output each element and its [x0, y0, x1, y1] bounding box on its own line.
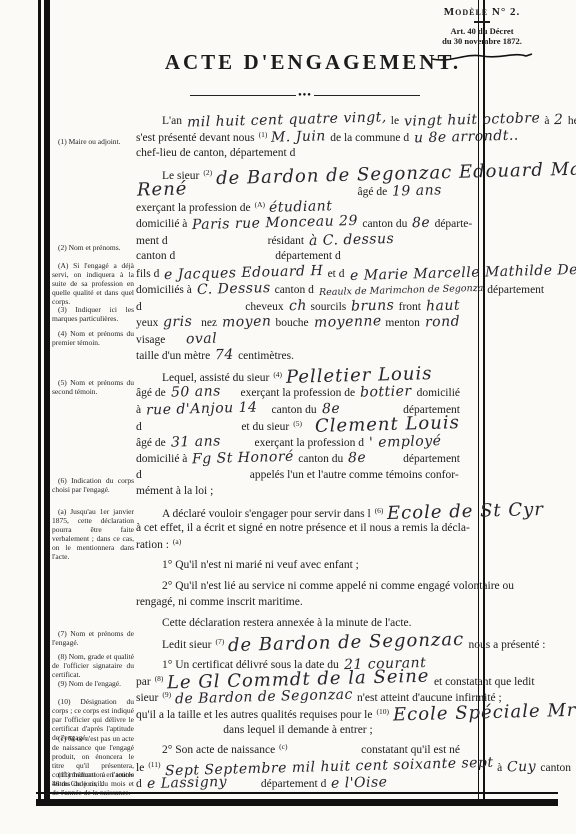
printed-text: appelés l'un et l'autre comme témoins co…: [250, 467, 459, 484]
printed-text: d: [136, 419, 142, 436]
printed-text: et constatant que ledit: [434, 674, 535, 691]
printed-text: canton du: [362, 216, 407, 233]
printed-text: fils d: [136, 266, 159, 283]
printed-text: exerçant la profession de: [136, 200, 251, 217]
form-line: canton ddépartement d: [136, 248, 464, 265]
margin-note: (11) Indication en toutes lettres du jou…: [52, 770, 134, 797]
printed-text: canton: [540, 760, 571, 777]
printed-text: âgé de: [136, 435, 166, 452]
handwritten-text: C. Dessus: [197, 280, 271, 298]
form-line: ment drésidantà C. dessus: [136, 232, 464, 249]
printed-text: Cette déclaration restera annexée à la m…: [162, 615, 412, 632]
printed-text: domicilié à: [136, 451, 187, 468]
printed-text: s'est présenté devant nous: [136, 130, 255, 147]
footnote-ref: (10): [376, 704, 389, 721]
handwritten-text: ch: [288, 297, 306, 314]
form-line: Cette déclaration restera annexée à la m…: [136, 615, 464, 632]
form-line: fils de Jacques Edouard Het de Marie Mar…: [136, 265, 464, 282]
handwritten-text: moyenne: [313, 313, 381, 331]
form-line: det du sieur(5)Clement Louis: [136, 417, 464, 434]
form-line: domiciliés àC. Dessuscanton dReaulx de M…: [136, 281, 464, 298]
form-line: par(8)Le Gl Commdt de la Seineet constat…: [136, 672, 464, 689]
form-line: dcheveuxchsourcilsbrunsfronthaut: [136, 298, 464, 315]
form-line: le(11)Sept Septembre mil huit cent soixa…: [136, 759, 464, 776]
printed-text: canton d: [136, 248, 175, 265]
printed-text: rengagé, ni comme inscrit maritime.: [136, 594, 303, 611]
handwritten-text: 19 ans: [392, 182, 442, 200]
form-line: de Lassignydépartement de l'Oise: [136, 775, 464, 792]
footnote-ref: (6): [375, 503, 384, 520]
margin-note: (3) Indiquer ici les marques particulièr…: [52, 305, 134, 323]
handwritten-text: Fg St Honoré: [192, 449, 294, 468]
printed-text: d: [136, 299, 142, 316]
printed-text: 1° Qu'il n'est ni marié ni veuf avec enf…: [162, 557, 359, 574]
handwritten-text: bruns: [351, 297, 395, 315]
handwritten-text: 2: [554, 112, 564, 129]
margin-note: (2) Nom et prénoms.: [52, 243, 134, 252]
form-line: L'anmil huit cent quatre vingt,levingt h…: [136, 112, 464, 129]
form-line: yeuxgrisnezmoyenbouchemoyennementonrond: [136, 314, 464, 331]
printed-text: canton d: [275, 282, 314, 299]
margin-note: (8) Nom, grade et qualité de l'officier …: [52, 652, 134, 679]
handwritten-text: 8e: [412, 215, 431, 232]
printed-text: menton: [385, 315, 420, 332]
form-line: taille d'un mètre74centimètres.: [136, 347, 464, 364]
printed-text: heures,: [568, 113, 576, 130]
handwritten-text: 50 ans: [170, 383, 220, 401]
printed-text: dans lequel il demande à entrer ;: [223, 722, 372, 739]
printed-text: domicilié: [417, 385, 460, 402]
footnote-ref: (5): [293, 416, 302, 433]
form-line: ration :(a): [136, 537, 464, 554]
printed-text: sieur: [136, 690, 158, 707]
printed-text: d: [136, 776, 142, 793]
form-line: dappelés l'un et l'autre comme témoins c…: [136, 467, 464, 484]
printed-text: le: [136, 760, 144, 777]
footnote-ref: (8): [155, 671, 164, 688]
margin-note: (a) Jusqu'au 1er janvier 1875, cette déc…: [52, 507, 134, 561]
printed-text: par: [136, 674, 151, 691]
printed-text: domicilié à: [136, 216, 187, 233]
footnote-ref: (c): [279, 739, 287, 756]
handwritten-text: de Bardon de Segonzac: [228, 632, 465, 655]
form-line: domicilié àFg St Honorécanton du8edépart…: [136, 450, 464, 467]
handwritten-text: moyen: [222, 313, 272, 331]
divider-rule-left: [190, 95, 296, 96]
footnote-ref: (9): [162, 687, 171, 704]
margin-note: (6) Indication du corps choisi par l'eng…: [52, 476, 134, 494]
form-line: domicilié àParis rue Monceau 29canton du…: [136, 215, 464, 232]
decree-line2: du 30 novembre 1872.: [422, 36, 542, 46]
printed-text: et du sieur: [241, 419, 289, 436]
printed-text: taille d'un mètre: [136, 348, 210, 365]
printed-text: domiciliés à: [136, 282, 192, 299]
page-title: ACTE D'ENGAGEMENT.: [120, 50, 506, 75]
printed-text: visage: [136, 332, 165, 349]
handwritten-text: e Lassigny: [147, 774, 228, 793]
form-line: 1° Qu'il n'est ni marié ni veuf avec enf…: [136, 557, 464, 574]
printed-text: nous a présenté :: [469, 637, 546, 654]
form-line: mément à la loi ;: [136, 483, 464, 500]
handwritten-text: à C. dessus: [309, 230, 395, 249]
handwritten-text: u 8e arrondt..: [414, 127, 519, 146]
printed-text: département: [487, 282, 544, 299]
printed-text: ration :: [136, 537, 169, 554]
handwritten-text: René: [137, 181, 188, 199]
form-line: sieur(9)de Bardon de Segonzacn'est attei…: [136, 689, 464, 706]
form-line: A déclaré vouloir s'engager pour servir …: [136, 504, 464, 521]
printed-text: à: [544, 113, 549, 130]
printed-text: 2° Son acte de naissance: [162, 742, 275, 759]
printed-text: âgé de: [357, 184, 387, 201]
handwritten-text: M. Juin: [271, 128, 326, 146]
margin-note: (1) Maire ou adjoint.: [52, 137, 134, 146]
printed-text: mément à la loi ;: [136, 483, 213, 500]
form-line: visageoval: [136, 331, 464, 348]
handwritten-text: 31 ans: [170, 433, 220, 451]
footnote-ref: (A): [255, 197, 265, 214]
bottom-border-outer: [36, 799, 558, 806]
form-line: 2° Qu'il n'est lié au service ni comme a…: [136, 578, 464, 595]
handwritten-text: gris: [163, 314, 193, 331]
margin-note: (5) Nom et prénoms du second témoin.: [52, 378, 134, 396]
handwritten-text: e l'Oise: [331, 774, 388, 792]
printed-text: canton du: [298, 451, 343, 468]
printed-text: à: [497, 760, 502, 777]
printed-text: à: [136, 402, 141, 419]
document-page: Modèle N° 2. Art. 40 du Décret du 30 nov…: [0, 0, 576, 834]
model-rule: [474, 21, 490, 23]
form-line: Lequel, assisté du sieur(4)Pelletier Lou…: [136, 368, 464, 385]
handwritten-text: rue d'Anjou 14: [146, 399, 258, 418]
margin-note: (A) Si l'engagé a déjà servi, on indique…: [52, 261, 134, 306]
printed-text: 2° Qu'il n'est lié au service ni comme a…: [162, 578, 514, 595]
printed-text: et d: [328, 266, 345, 283]
form-line: s'est présenté devant nous(1)M. Juinde l…: [136, 129, 464, 146]
handwritten-text: Ecole de St Cyr: [387, 501, 544, 522]
title-divider: ●●●: [190, 92, 420, 98]
printed-text: L'an: [162, 113, 182, 130]
margin-note: (9) Nom de l'engagé.: [52, 679, 134, 688]
printed-text: chef-lieu de canton, département d: [136, 145, 295, 162]
printed-text: le: [391, 113, 399, 130]
document-body: L'anmil huit cent quatre vingt,levingt h…: [136, 112, 464, 792]
handwritten-text: 8e: [348, 450, 367, 467]
handwritten-text: Ecole Spéciale Mre: [393, 702, 576, 724]
form-line: âgé de31 ansexerçant la profession d' em…: [136, 434, 464, 451]
form-line: rengagé, ni comme inscrit maritime.: [136, 594, 464, 611]
printed-text: front: [399, 299, 421, 316]
form-line: exerçant la profession de(A)étudiant: [136, 199, 464, 216]
form-line: chef-lieu de canton, département d: [136, 145, 464, 162]
printed-text: nez: [201, 315, 217, 332]
model-label: Modèle N° 2.: [422, 6, 542, 18]
divider-rule-right: [314, 95, 420, 96]
printed-text: Ledit sieur: [162, 637, 212, 654]
left-border-inner: [44, 0, 50, 806]
divider-dots: ●●●: [296, 92, 314, 98]
printed-text: centimètres.: [238, 348, 294, 365]
printed-text: âgé de: [136, 385, 166, 402]
printed-text: yeux: [136, 315, 158, 332]
margin-note: (4) Nom et prénoms du premier témoin.: [52, 329, 134, 347]
printed-text: département: [403, 451, 460, 468]
handwritten-text: haut: [426, 297, 460, 314]
printed-text: de la commune d: [330, 130, 409, 147]
margin-note: (7) Nom et prénoms de l'engagé.: [52, 629, 134, 647]
footnote-ref: (4): [273, 367, 282, 384]
printed-text: ment d: [136, 233, 168, 250]
left-border-outer: [38, 0, 41, 806]
footnote-ref: (2): [203, 165, 212, 182]
handwritten-text: bottier: [360, 383, 412, 401]
printed-text: d: [136, 467, 142, 484]
printed-text: département d: [275, 248, 340, 265]
printed-text: résidant: [268, 233, 304, 250]
handwritten-text: ' employé: [369, 433, 442, 451]
printed-text: bouche: [275, 315, 308, 332]
handwritten-text: rond: [425, 314, 461, 331]
decree-line1: Art. 40 du Décret: [422, 26, 542, 36]
printed-text: départe-: [435, 216, 473, 233]
handwritten-text: 74: [215, 347, 234, 364]
handwritten-text: Cuy: [507, 758, 537, 775]
handwritten-text: oval: [186, 330, 218, 347]
footnote-ref: (a): [173, 534, 181, 551]
footnote-ref: (1): [259, 127, 268, 144]
footnote-ref: (11): [148, 757, 160, 774]
printed-text: département d: [261, 776, 326, 793]
handwritten-text: vingt huit octobre: [404, 110, 541, 130]
form-line: Ledit sieur(7)de Bardon de Segonzacnous …: [136, 635, 464, 652]
footnote-ref: (7): [216, 634, 225, 651]
